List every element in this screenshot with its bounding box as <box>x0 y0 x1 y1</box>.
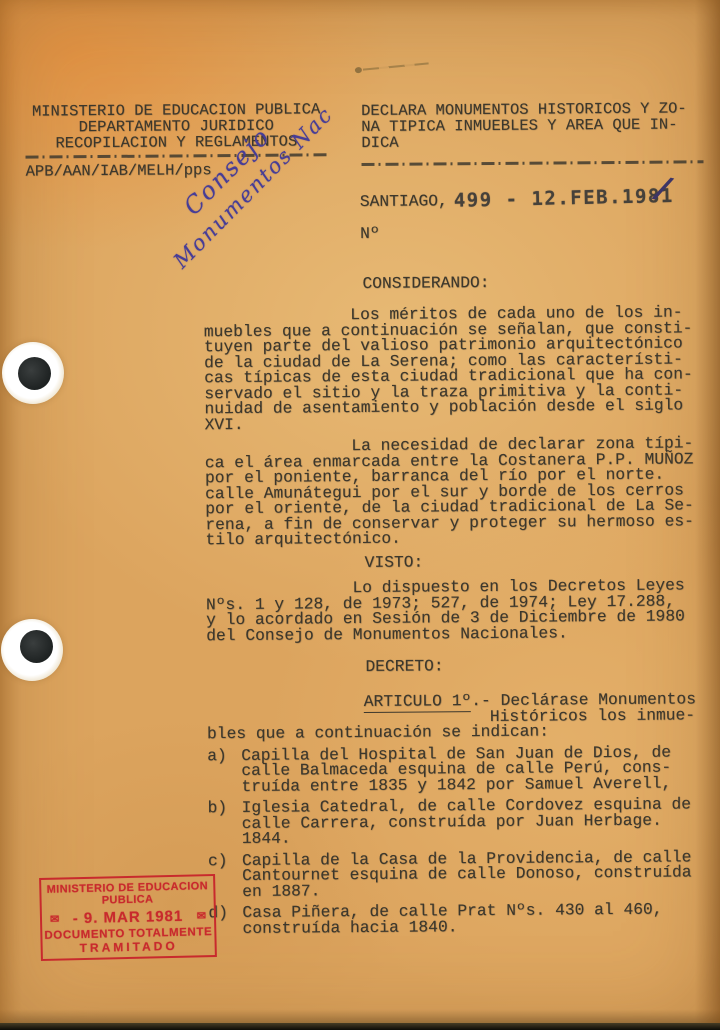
item-letter: b) <box>208 800 228 847</box>
hole-punch-center <box>20 630 53 663</box>
envelope-ornament-icon: ✉ <box>50 913 60 926</box>
item-text: Capilla de la Casa de la Providencia, de… <box>242 849 692 899</box>
item-text: Casa Piñera, de calle Prat Nºs. 430 al 4… <box>242 902 662 936</box>
articulo-1-label: ARTICULO 1º <box>364 691 472 713</box>
articulo-1-block: ARTICULO 1º.- Declárase Monumentos Histó… <box>207 691 714 936</box>
visto-paragraph: Lo dispuesto en los Decretos Leyes Nºs. … <box>206 577 711 643</box>
item-text: Capilla del Hospital de San Juan de Dios… <box>241 744 671 794</box>
hole-punch <box>1 619 63 681</box>
scan-edge <box>0 1023 720 1030</box>
articulo-1-intro-line-3: bles que a continuación se indican: <box>207 722 712 741</box>
list-item: b) Iglesia Catedral, de calle Cordovez e… <box>208 796 713 846</box>
considerando-paragraph-2: La necesidad de declarar zona típi- ca e… <box>205 435 711 547</box>
item-letter: a) <box>207 748 227 795</box>
header-right-block: DECLARA MONUMENTOS HISTORICOS Y ZO- NA T… <box>361 100 703 166</box>
tramitado-stamp: MINISTERIO DE EDUCACION PUBLICA ✉ - 9. M… <box>39 874 217 961</box>
scanned-decree-page: MINISTERIO DE EDUCACION PUBLICA DEPARTAM… <box>0 0 720 1030</box>
considerando-paragraph-1: Los méritos de cada uno de los in- muebl… <box>204 304 710 432</box>
visto-heading: VISTO: <box>365 555 424 571</box>
stamp-separator: - <box>505 188 518 210</box>
envelope-ornament-icon: ✉ <box>197 909 207 922</box>
ink-smudge-tail <box>363 62 429 70</box>
header-right-underline <box>362 160 704 166</box>
list-item: d) Casa Piñera, de calle Prat Nºs. 430 a… <box>208 901 713 936</box>
considerando-heading: CONSIDERANDO: <box>362 275 489 291</box>
subject-line-2: NA TIPICA INMUEBLES Y AREA QUE IN- <box>361 116 703 135</box>
hole-punch <box>2 342 64 404</box>
decreto-heading: DECRETO: <box>365 658 443 674</box>
reference-code: APB/AAN/IAB/MELH/pps <box>26 162 212 179</box>
item-text: Iglesia Catedral, de calle Cordovez esqu… <box>242 796 692 846</box>
list-item: c) Capilla de la Casa de la Providencia,… <box>208 849 713 899</box>
list-item: a) Capilla del Hospital de San Juan de D… <box>207 744 712 794</box>
number-label: Nº <box>360 226 380 242</box>
hole-punch-center <box>18 357 51 390</box>
city-label: SANTIAGO, <box>360 193 448 209</box>
decree-number: 499 <box>454 189 493 212</box>
numerator-date-stamp: 499 - 12.FEB.1981 <box>454 185 674 212</box>
pen-check-mark: / <box>648 172 677 214</box>
stamp-received-date: - 9. MAR 1981 <box>73 908 184 928</box>
monument-list: a) Capilla del Hospital de San Juan de D… <box>207 744 713 936</box>
ink-smudge <box>354 58 433 75</box>
ink-smudge-dot <box>355 67 363 74</box>
